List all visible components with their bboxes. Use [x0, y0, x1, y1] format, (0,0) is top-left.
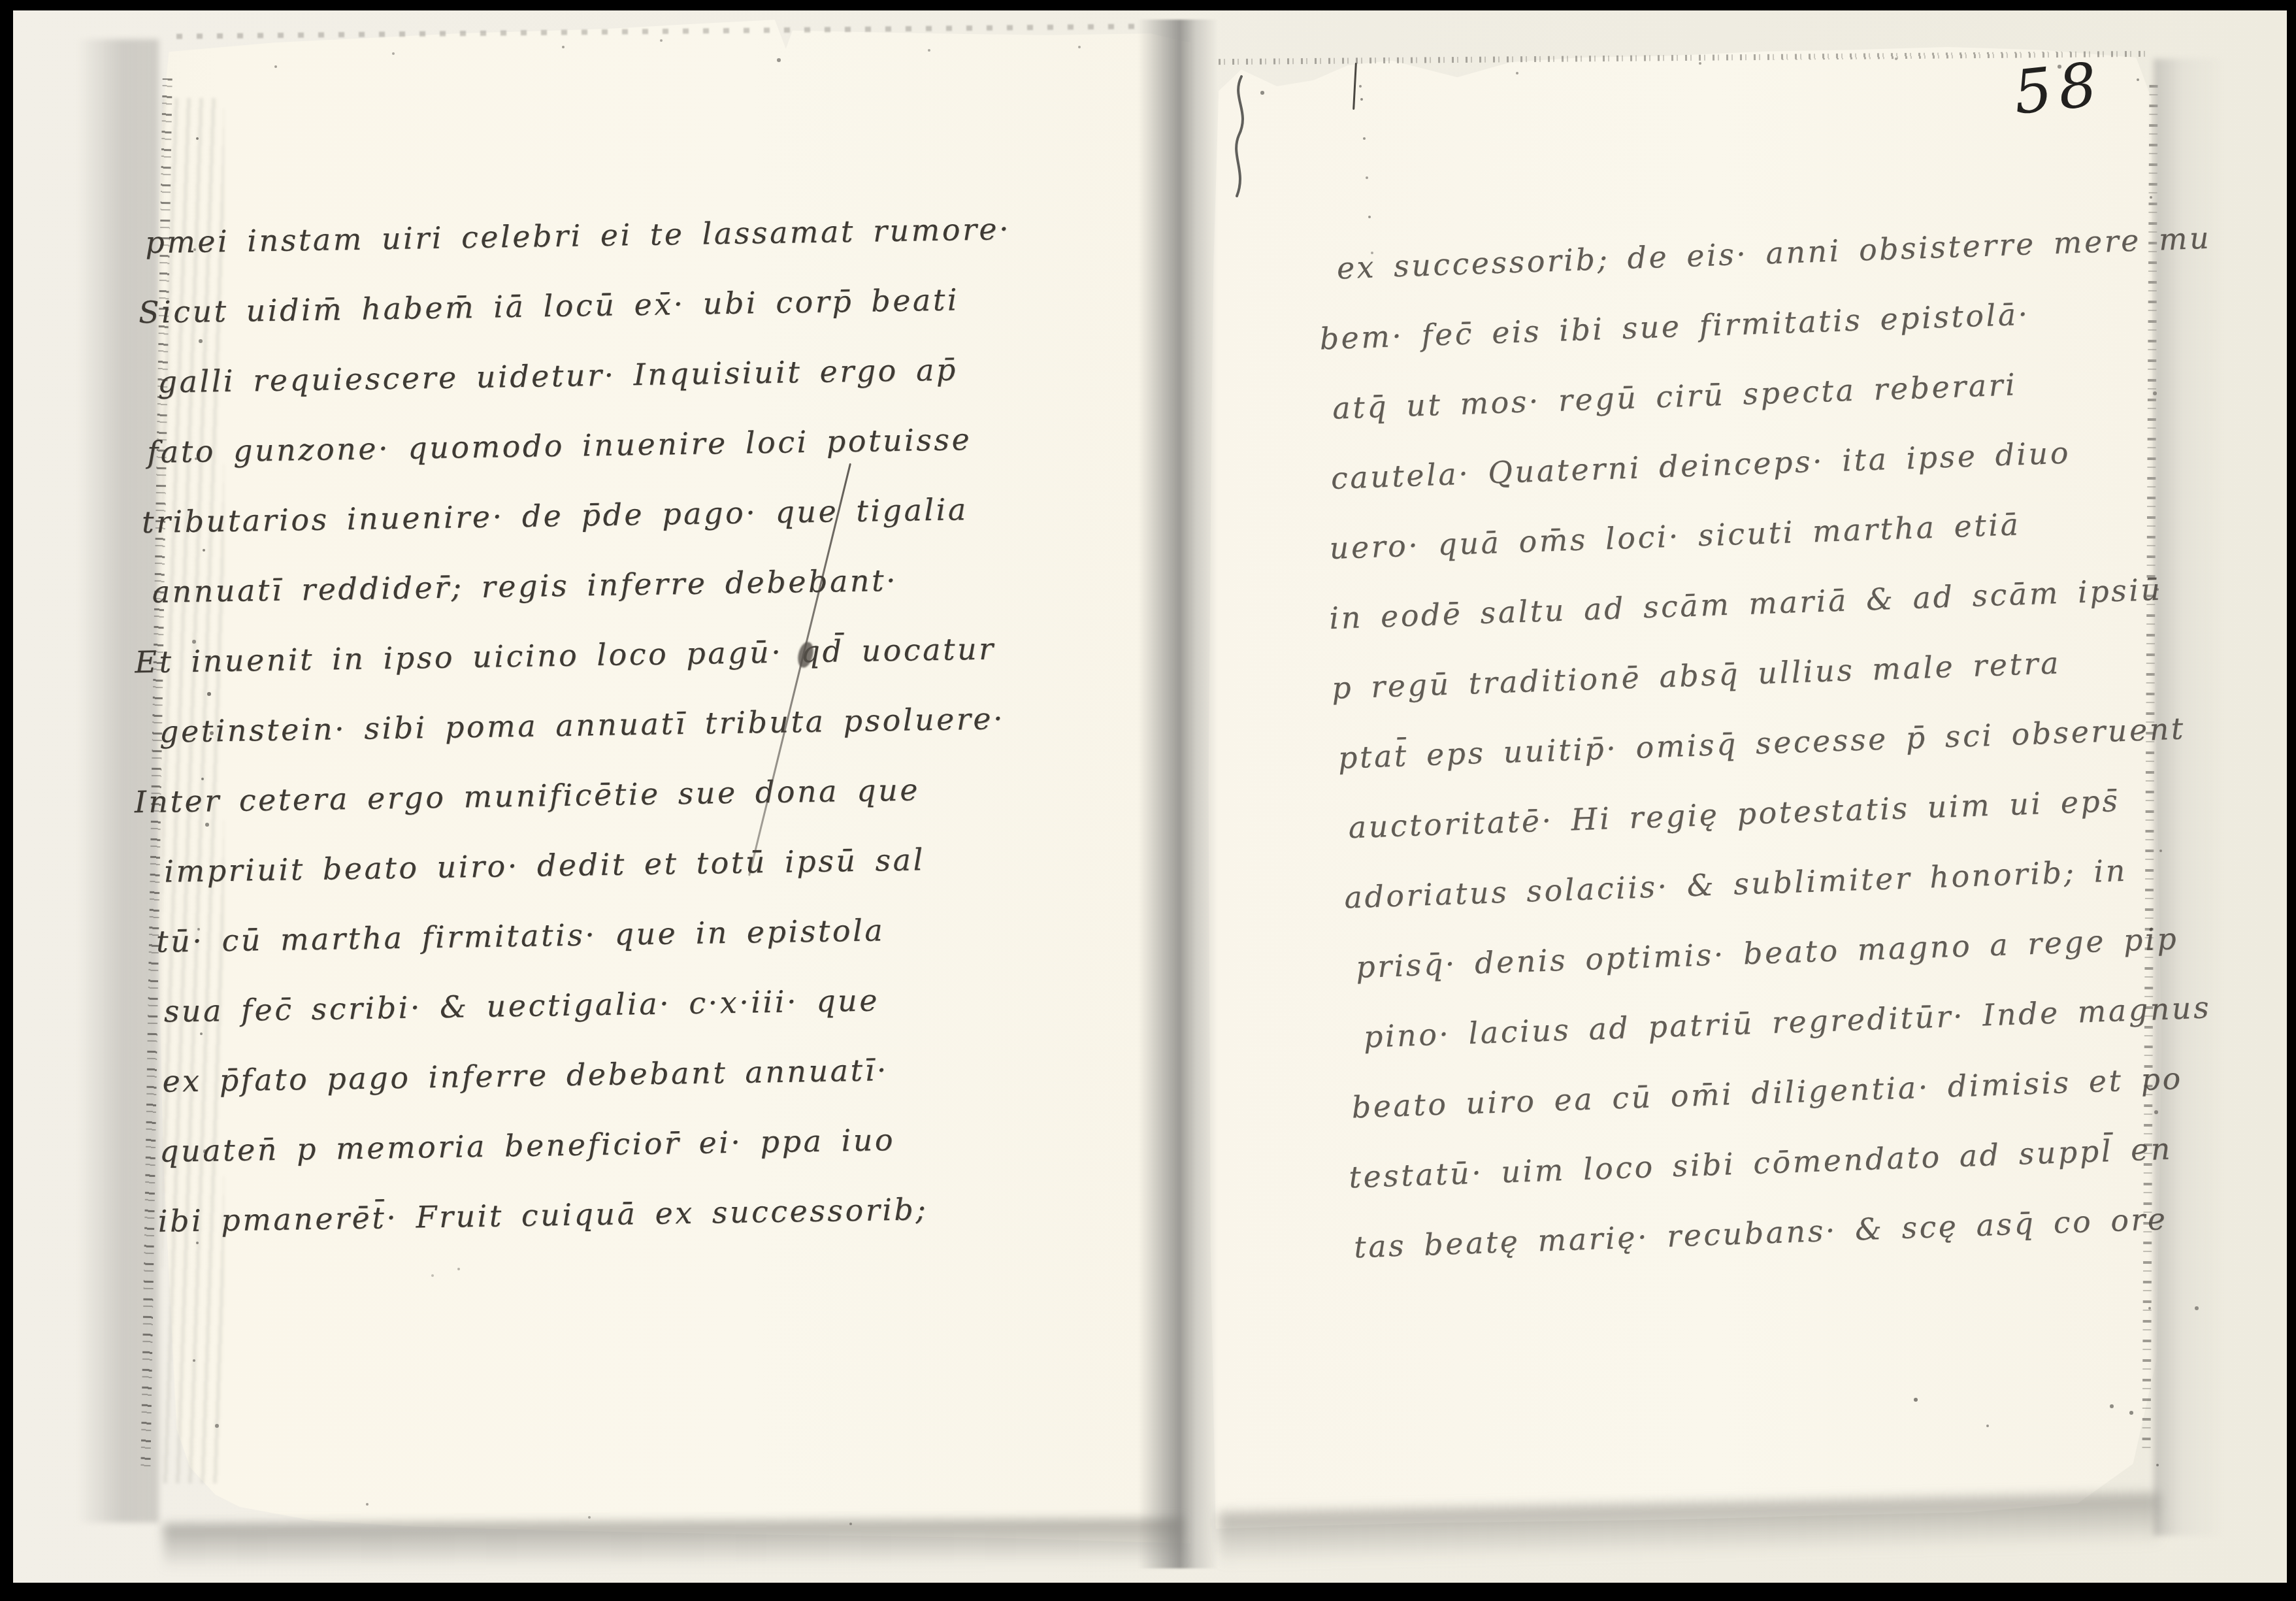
page-number: 58	[2010, 49, 2107, 128]
scan-frame-left	[0, 0, 13, 1601]
scan-frame-right	[2287, 0, 2296, 1601]
left-page-bottom-shadow	[163, 1519, 1183, 1570]
right-page-text: ex successorib; de eis· anni obsisterre …	[1316, 203, 2234, 1282]
left-page-text: pmei instam uiri celebri ei te lassamat …	[137, 191, 1185, 1257]
scan-backdrop: pmei instam uiri celebri ei te lassamat …	[0, 0, 2296, 1601]
scan-frame-bottom	[0, 1583, 2296, 1601]
ink-squiggle-mark	[1227, 73, 1260, 204]
scan-frame-top	[0, 0, 2296, 10]
